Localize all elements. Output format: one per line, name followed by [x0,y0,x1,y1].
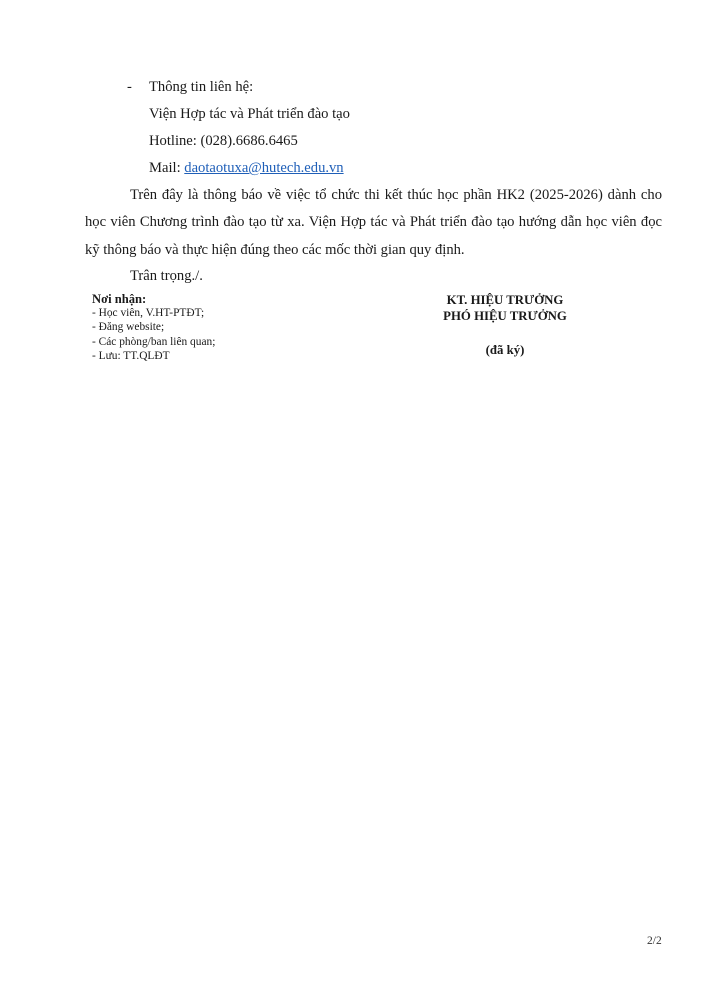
contact-heading: Thông tin liên hệ: [149,79,253,96]
contact-hotline: Hotline: (028).6686.6465 [149,133,298,150]
regards: Trân trọng./. [130,268,203,285]
recipient-item: - Lưu: TT.QLĐT [92,349,215,363]
recipient-item: - Đăng website; [92,320,215,334]
recipient-item: - Các phòng/ban liên quan; [92,335,215,349]
contact-org: Viện Hợp tác và Phát triển đào tạo [149,106,350,123]
mail-link[interactable]: daotaotuxa@hutech.edu.vn [184,160,343,176]
mail-label: Mail: [149,160,184,176]
recipients-heading: Nơi nhận: [92,292,215,306]
closing-paragraph: Trên đây là thông báo về việc tổ chức th… [85,182,662,264]
signature-block: KT. HIỆU TRƯỞNG PHÓ HIỆU TRƯỞNG (đã ký) [395,292,615,358]
signature-status: (đã ký) [395,342,615,358]
signature-title-2: PHÓ HIỆU TRƯỞNG [395,308,615,324]
recipient-item: - Học viên, V.HT-PTĐT; [92,306,215,320]
page-number: 2/2 [647,935,662,947]
recipients-block: Nơi nhận: - Học viên, V.HT-PTĐT; - Đăng … [92,292,215,363]
contact-bullet: - [127,79,132,96]
signature-title-1: KT. HIỆU TRƯỞNG [395,292,615,308]
contact-mail: Mail: daotaotuxa@hutech.edu.vn [149,160,344,177]
document-page: - Thông tin liên hệ: Viện Hợp tác và Phá… [0,0,713,1008]
